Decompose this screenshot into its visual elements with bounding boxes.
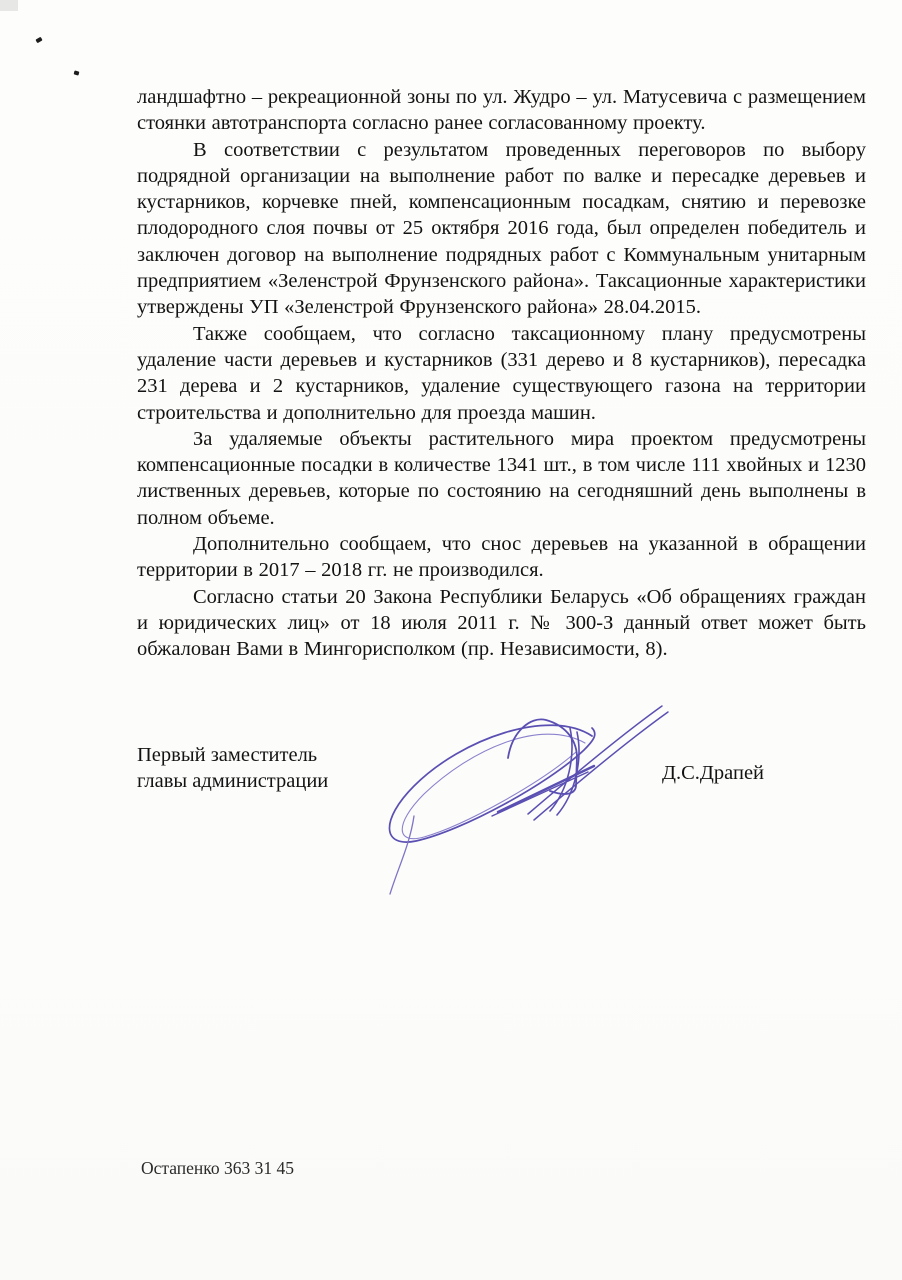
paragraph: За удаляемые объекты растительного мира … [137,426,866,531]
paragraph-continuation: ландшафтно – рекреационной зоны по ул. Ж… [137,84,866,137]
handwritten-signature [380,698,670,898]
letter-body: ландшафтно – рекреационной зоны по ул. Ж… [137,84,866,663]
paragraph: Согласно статьи 20 Закона Республики Бел… [137,584,866,663]
scan-corner-smudge [0,0,18,11]
paragraph: В соответствии с результатом проведенных… [137,137,866,321]
signer-name: Д.С.Драпей [662,760,764,786]
paragraph: Также сообщаем, что согласно таксационно… [137,321,866,426]
scanned-letter-page: ландшафтно – рекреационной зоны по ул. Ж… [0,0,902,1280]
signature-block: Первый заместитель главы администрации Д… [137,742,866,795]
scan-speck [35,37,42,43]
paragraph: Дополнительно сообщаем, что снос деревье… [137,531,866,584]
scan-speck [74,70,80,75]
executor-contact: Остапенко 363 31 45 [141,1158,294,1179]
